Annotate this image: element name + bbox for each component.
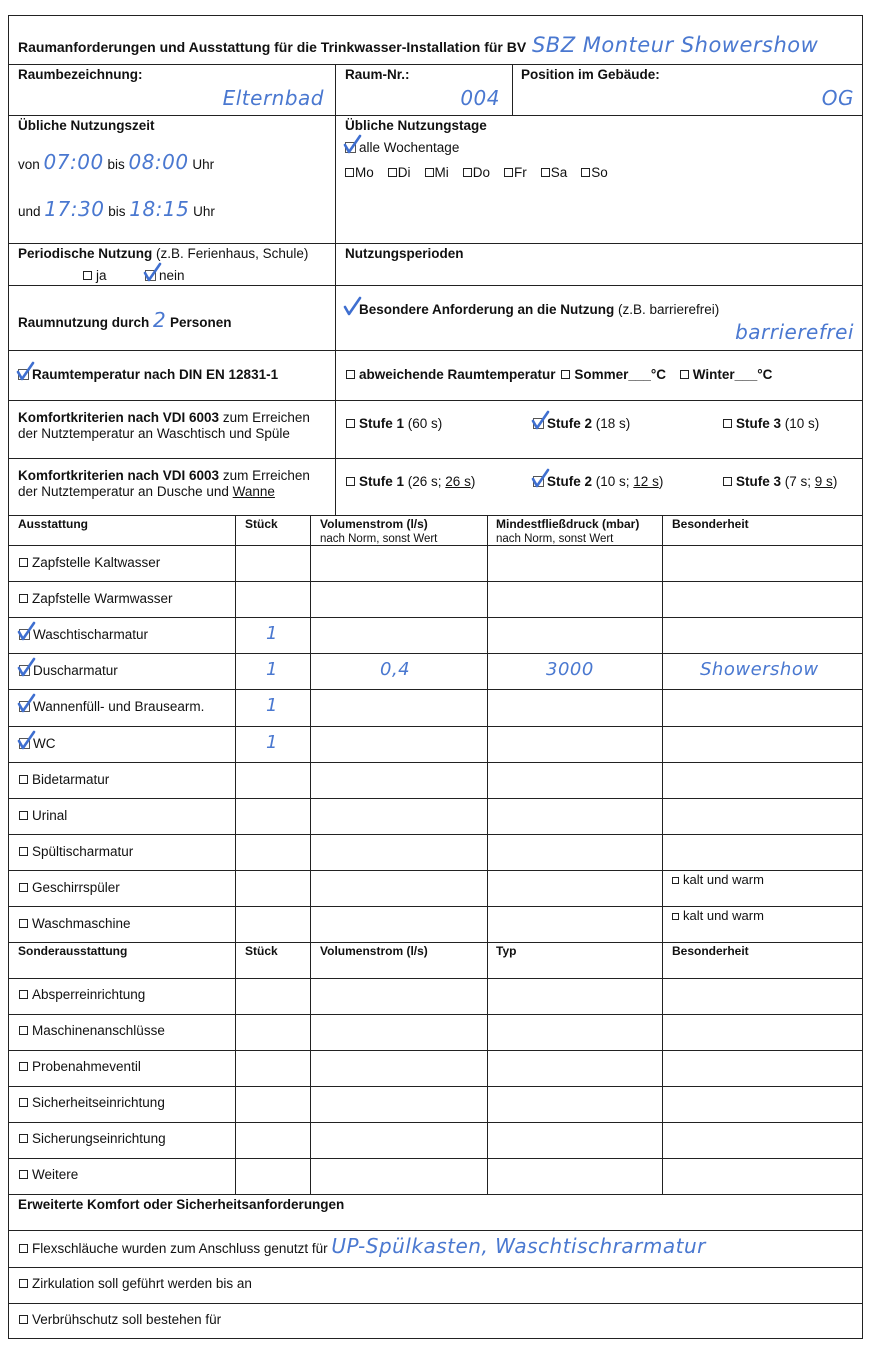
checkbox-checked[interactable] <box>533 418 544 429</box>
checkbox-checked[interactable] <box>19 701 30 712</box>
divider <box>8 115 863 116</box>
col-header-pressure: Mindestfließdruck (mbar) nach Norm, sons… <box>496 517 639 546</box>
position-field[interactable]: OG <box>822 86 854 110</box>
weekday-option-mo[interactable]: Mo <box>345 165 374 180</box>
weekday-option-di[interactable]: Di <box>388 165 411 180</box>
checkbox[interactable] <box>19 1062 28 1071</box>
equipment-item-3[interactable]: Waschtischarmatur <box>19 627 148 642</box>
checkbox[interactable] <box>425 168 434 177</box>
flow-field[interactable]: 0,4 <box>380 659 410 680</box>
divider <box>512 64 513 115</box>
equipment-item-7[interactable]: Bidetarmatur <box>19 772 109 787</box>
divider <box>8 458 863 459</box>
equipment-item-1[interactable]: Zapfstelle Kaltwasser <box>19 555 160 570</box>
comfort-wash-level-1[interactable]: Stufe 1 (60 s) <box>346 416 442 431</box>
checkbox[interactable] <box>19 1026 28 1035</box>
room-number-field[interactable]: 004 <box>460 86 500 110</box>
divider <box>8 350 863 351</box>
checkbox-checked[interactable] <box>533 476 544 487</box>
divider <box>235 515 236 1194</box>
divider <box>662 515 663 1194</box>
divider <box>8 400 863 401</box>
equipment-item-2[interactable]: Zapfstelle Warmwasser <box>19 591 173 606</box>
periods-label: Nutzungsperioden <box>345 246 464 261</box>
divider <box>8 798 863 799</box>
divider <box>8 285 863 286</box>
checkbox-checked[interactable] <box>145 270 156 281</box>
divider <box>8 978 863 979</box>
equipment-item-6[interactable]: WC <box>19 736 56 751</box>
checkbox-checked[interactable] <box>19 629 30 640</box>
divider <box>8 1158 863 1159</box>
periodic-yes-option[interactable]: ja <box>83 268 107 283</box>
weekday-option-mi[interactable]: Mi <box>425 165 449 180</box>
divider <box>8 1086 863 1087</box>
checkbox[interactable] <box>19 594 28 603</box>
pressure-field[interactable]: 3000 <box>546 659 594 680</box>
equipment-item-5[interactable]: Wannenfüll- und Brausearm. <box>19 699 204 714</box>
divider <box>8 1230 863 1231</box>
title-label: Raumanforderungen und Ausstattung für di… <box>18 39 526 55</box>
checkbox[interactable] <box>19 1170 28 1179</box>
checkbox[interactable] <box>723 477 732 486</box>
periodic-no-option[interactable]: nein <box>145 268 185 283</box>
usage-time-slot-2: und 17:30 bis 18:15 Uhr <box>18 197 215 221</box>
periodic-label: Periodische Nutzung (z.B. Ferienhaus, Sc… <box>18 246 308 261</box>
checkbox[interactable] <box>19 558 28 567</box>
divider <box>8 726 863 727</box>
comfort-shower-level-2[interactable]: Stufe 2 (10 s; 12 s) <box>533 474 663 489</box>
checkbox-checked[interactable] <box>19 738 30 749</box>
col-header-count: Stück <box>245 944 278 958</box>
divider <box>487 515 488 1194</box>
checkbox[interactable] <box>541 168 550 177</box>
room-name-field[interactable]: Elternbad <box>223 86 324 110</box>
summer-option[interactable]: Sommer___°C <box>561 367 666 382</box>
time-to-field[interactable]: 18:15 <box>129 197 189 221</box>
checkbox[interactable] <box>19 1134 28 1143</box>
time-to-field[interactable]: 08:00 <box>128 150 188 174</box>
special-equipment-item-1[interactable]: Absperreinrichtung <box>19 987 145 1002</box>
checkbox[interactable] <box>561 370 570 379</box>
comfort-wash-level-3[interactable]: Stufe 3 (10 s) <box>723 416 819 431</box>
divider <box>8 689 863 690</box>
col-header-item: Ausstattung <box>18 517 88 531</box>
special-equipment-item-6[interactable]: Weitere <box>19 1167 78 1182</box>
equipment-item-4[interactable]: Duscharmatur <box>19 663 118 678</box>
count-field[interactable]: 1 <box>266 732 278 753</box>
equipment-item-8[interactable]: Urinal <box>19 808 67 823</box>
checkbox[interactable] <box>19 990 28 999</box>
extended-label: Erweiterte Komfort oder Sicherheitsanfor… <box>18 1197 344 1212</box>
position-label: Position im Gebäude: <box>521 67 660 82</box>
count-field[interactable]: 1 <box>266 659 278 680</box>
occupancy-row: Raumnutzung durch 2 Personen <box>18 308 232 332</box>
checkbox-checked[interactable] <box>19 665 30 676</box>
extended-item-2[interactable]: Zirkulation soll geführt werden bis an <box>19 1276 252 1291</box>
checkbox[interactable] <box>504 168 513 177</box>
equipment-item-9[interactable]: Spültischarmatur <box>19 844 133 859</box>
weekday-option-do[interactable]: Do <box>463 165 490 180</box>
checkbox[interactable] <box>83 271 92 280</box>
col-header-flow: Volumenstrom (l/s) nach Norm, sonst Wert <box>320 517 437 546</box>
comfort-shower-level-1[interactable]: Stufe 1 (26 s; 26 s) <box>346 474 475 489</box>
checkbox[interactable] <box>346 370 355 379</box>
form-title: Raumanforderungen und Ausstattung für di… <box>18 33 818 57</box>
col-header-special-item: Sonderausstattung <box>18 944 127 958</box>
comfort-wash-level-2[interactable]: Stufe 2 (18 s) <box>533 416 630 431</box>
divider <box>310 515 311 1194</box>
extended-item-1[interactable]: Flexschläuche wurden zum Anschluss genut… <box>19 1234 706 1258</box>
checkbox[interactable] <box>581 168 590 177</box>
checkbox[interactable] <box>19 1315 28 1324</box>
checkbox[interactable] <box>19 811 28 820</box>
deviating-temperature-row: abweichende Raumtemperatur Sommer___°C W… <box>346 367 772 382</box>
checkbox[interactable] <box>19 775 28 784</box>
divider <box>8 870 863 871</box>
col-header-special: Besonderheit <box>672 517 749 531</box>
divider <box>8 515 863 516</box>
checkbox-checked[interactable] <box>18 369 29 380</box>
checkbox[interactable] <box>19 1098 28 1107</box>
time-from-field[interactable]: 17:30 <box>44 197 104 221</box>
divider <box>8 581 863 582</box>
checkbox-checked[interactable] <box>345 304 356 315</box>
checkbox[interactable] <box>388 168 397 177</box>
weekday-option-fr[interactable]: Fr <box>504 165 527 180</box>
usage-time-label: Übliche Nutzungszeit <box>18 118 155 133</box>
cold-warm-option[interactable]: kalt und warm <box>672 908 764 923</box>
special-equipment-item-2[interactable]: Maschinenanschlüsse <box>19 1023 165 1038</box>
checkbox[interactable] <box>346 477 355 486</box>
project-field[interactable]: SBZ Monteur Showershow <box>532 33 818 57</box>
checkbox[interactable] <box>345 168 354 177</box>
persons-field[interactable]: 2 <box>153 308 166 332</box>
special-equipment-item-4[interactable]: Sicherheitseinrichtung <box>19 1095 165 1110</box>
special-requirement-option[interactable]: Besondere Anforderung an die Nutzung (z.… <box>345 302 719 317</box>
cold-warm-option[interactable]: kalt und warm <box>672 872 764 887</box>
divider <box>8 762 863 763</box>
checkbox[interactable] <box>723 419 732 428</box>
checkbox[interactable] <box>463 168 472 177</box>
equipment-item-11[interactable]: Waschmaschine <box>19 916 131 931</box>
all-days-option[interactable]: alle Wochentage <box>345 140 459 155</box>
time-from-field[interactable]: 07:00 <box>44 150 104 174</box>
divider <box>8 1303 863 1304</box>
checkbox[interactable] <box>680 370 689 379</box>
divider <box>8 906 863 907</box>
divider <box>8 1194 863 1195</box>
checkbox[interactable] <box>672 877 679 884</box>
checkbox[interactable] <box>19 847 28 856</box>
comfort-shower-level-3[interactable]: Stufe 3 (7 s; 9 s) <box>723 474 837 489</box>
comfort-shower-label: Komfortkriterien nach VDI 6003 zum Errei… <box>18 468 310 500</box>
divider <box>8 617 863 618</box>
checkbox[interactable] <box>346 419 355 428</box>
checkbox[interactable] <box>672 913 679 920</box>
usage-days-label: Übliche Nutzungstage <box>345 118 487 133</box>
col-header-special: Besonderheit <box>672 944 749 958</box>
special-equipment-item-5[interactable]: Sicherungseinrichtung <box>19 1131 166 1146</box>
weekday-option-sa[interactable]: Sa <box>541 165 568 180</box>
room-name-label: Raumbezeichnung: <box>18 67 143 82</box>
weekday-options: MoDiMiDoFrSaSo <box>345 165 622 180</box>
divider <box>335 64 336 515</box>
special-equipment-item-3[interactable]: Probenahmeventil <box>19 1059 141 1074</box>
checkbox[interactable] <box>19 1244 28 1253</box>
special-requirement-field[interactable]: barrierefrei <box>735 320 854 344</box>
din-temperature-option[interactable]: Raumtemperatur nach DIN EN 12831-1 <box>18 367 278 382</box>
divider <box>8 653 863 654</box>
divider <box>8 1014 863 1015</box>
room-number-label: Raum-Nr.: <box>345 67 410 82</box>
checkbox[interactable] <box>19 919 28 928</box>
divider <box>8 1050 863 1051</box>
col-header-count: Stück <box>245 517 278 531</box>
divider <box>8 834 863 835</box>
count-field[interactable]: 1 <box>266 623 278 644</box>
checkbox-checked[interactable] <box>345 142 356 153</box>
divider <box>8 243 863 244</box>
divider <box>8 942 863 943</box>
extended-item-3[interactable]: Verbrühschutz soll bestehen für <box>19 1312 221 1327</box>
divider <box>8 1122 863 1123</box>
checkbox[interactable] <box>19 883 28 892</box>
col-header-flow: Volumenstrom (l/s) <box>320 944 428 958</box>
special-field[interactable]: Showershow <box>700 659 819 680</box>
divider <box>8 64 863 65</box>
equipment-item-10[interactable]: Geschirrspüler <box>19 880 120 895</box>
checkbox[interactable] <box>19 1279 28 1288</box>
col-header-type: Typ <box>496 944 516 958</box>
divider <box>8 1267 863 1268</box>
comfort-wash-label: Komfortkriterien nach VDI 6003 zum Errei… <box>18 410 310 442</box>
usage-time-slot-1: von 07:00 bis 08:00 Uhr <box>18 150 214 174</box>
winter-option[interactable]: Winter___°C <box>680 367 773 382</box>
deviating-temperature-option[interactable]: abweichende Raumtemperatur <box>346 367 556 382</box>
weekday-option-so[interactable]: So <box>581 165 608 180</box>
count-field[interactable]: 1 <box>266 695 278 716</box>
